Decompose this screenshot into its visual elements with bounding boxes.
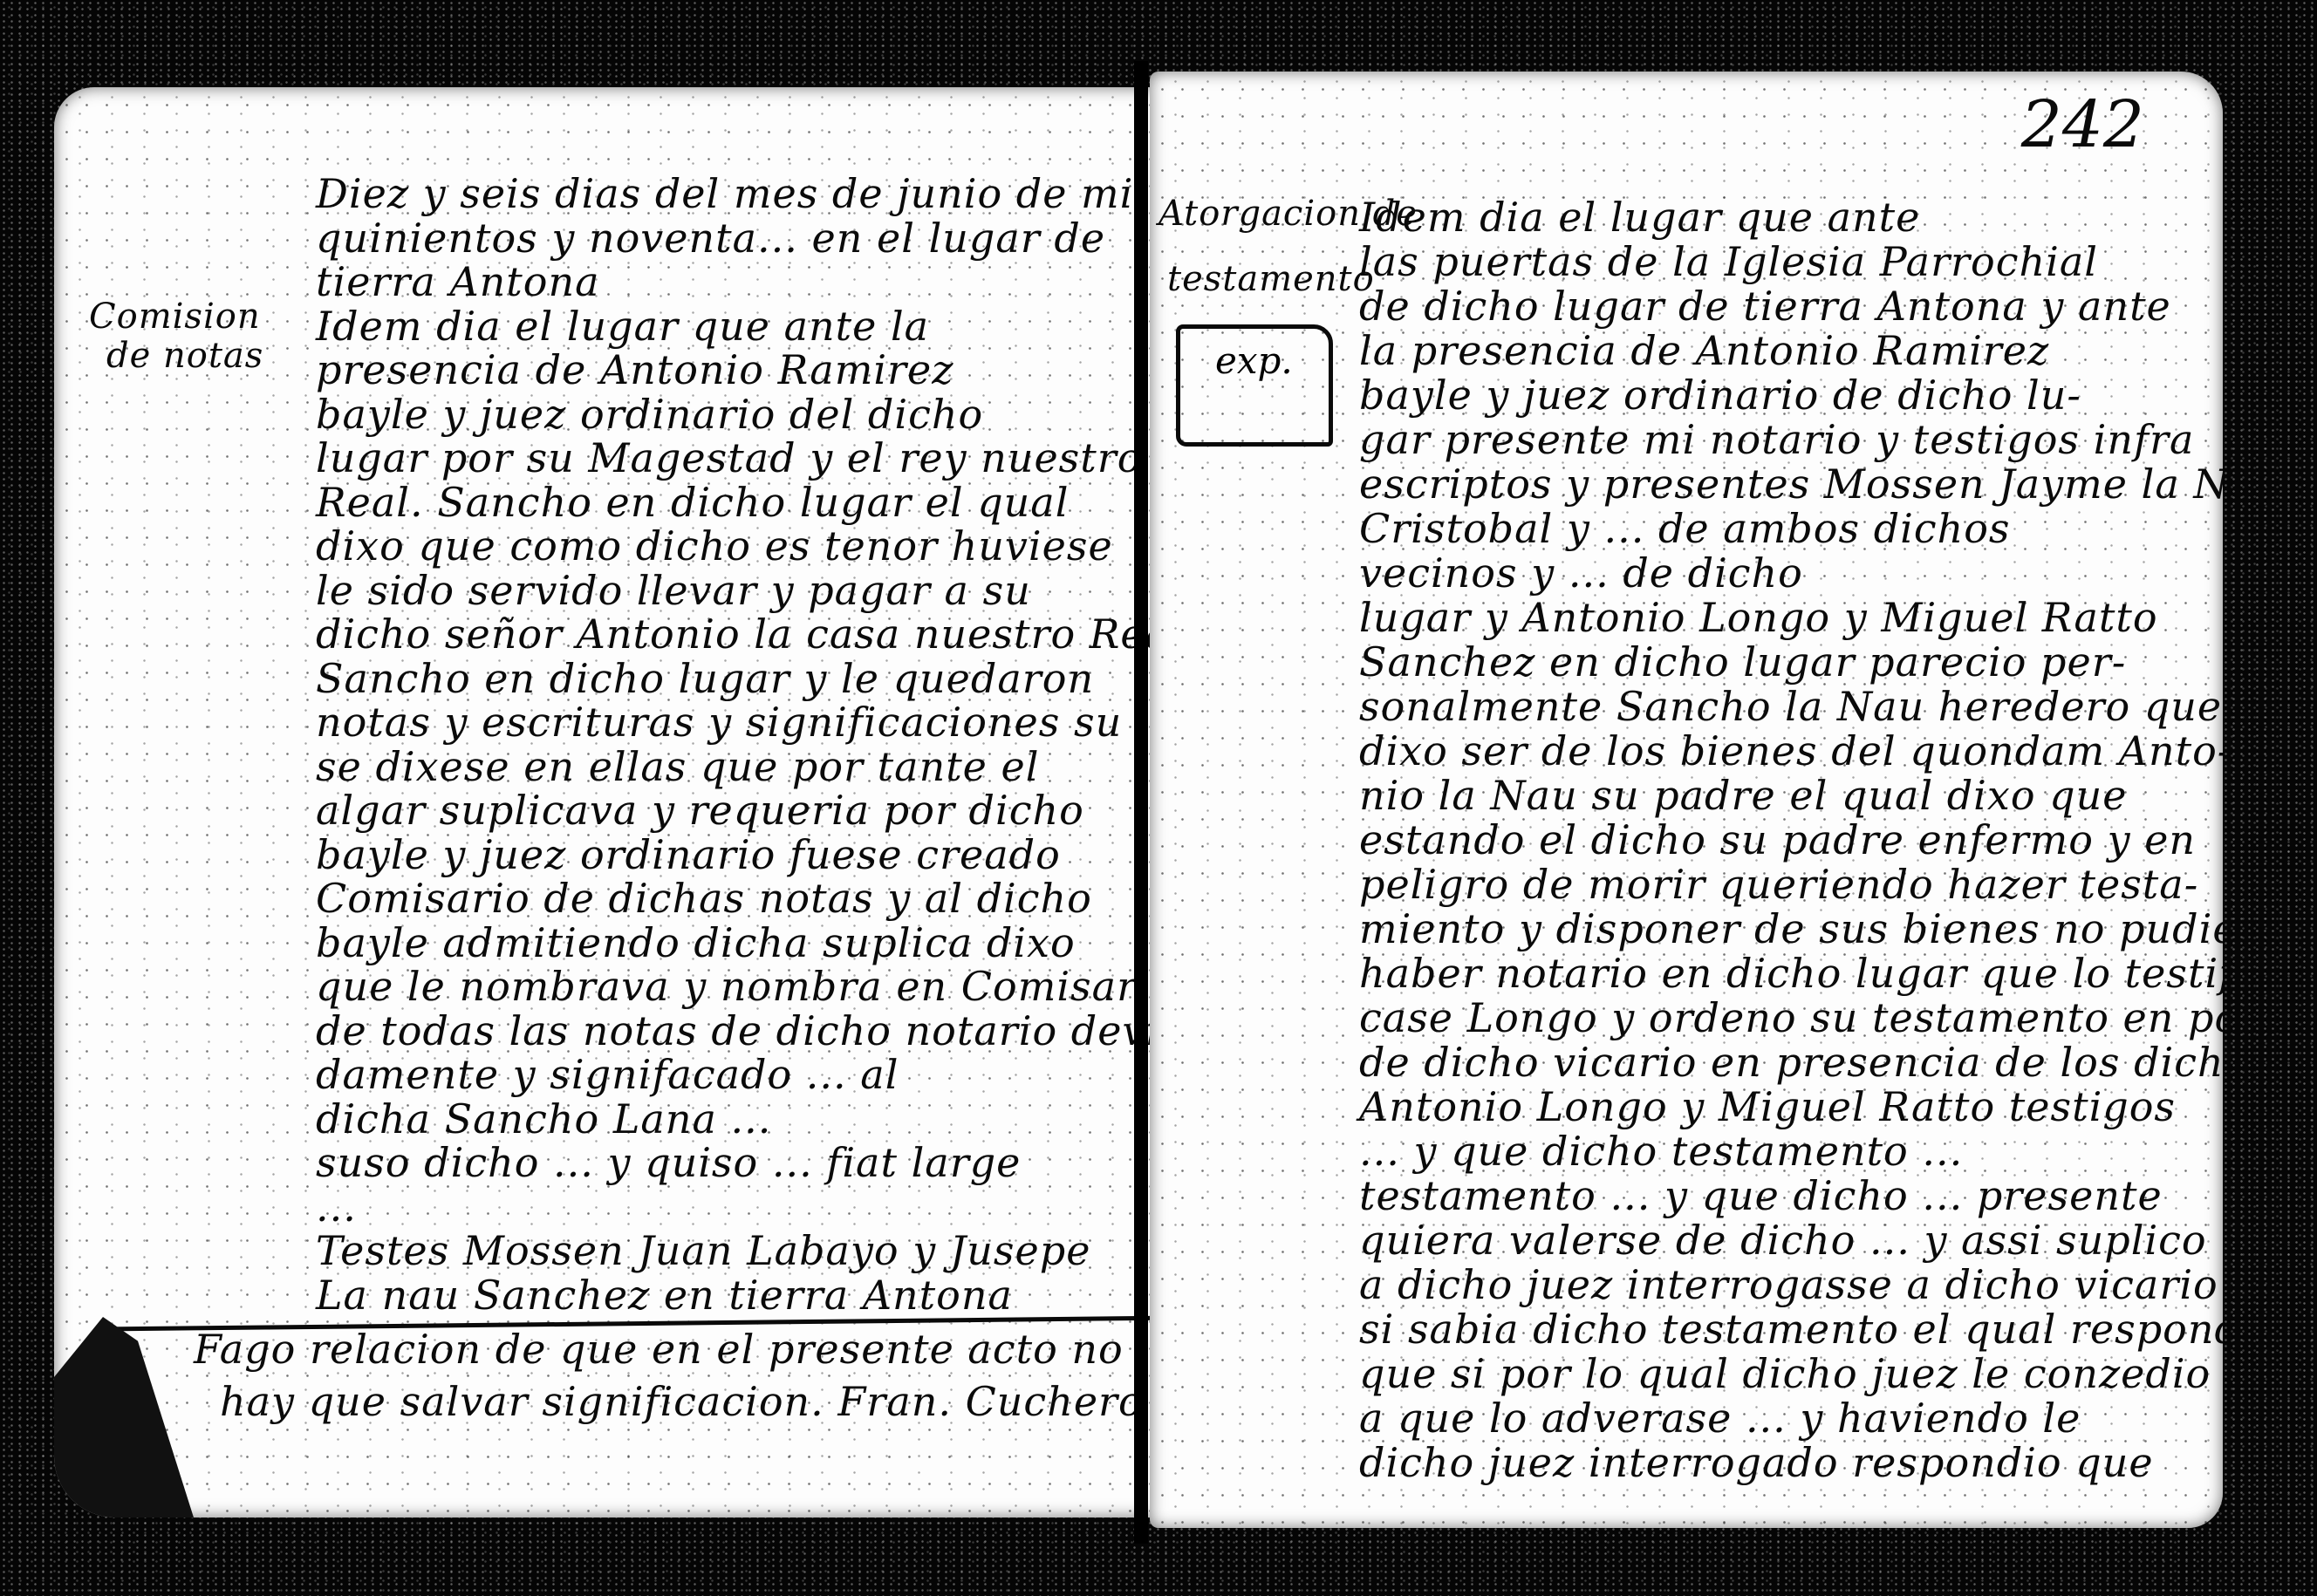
- dark-stain: [54, 1317, 194, 1518]
- manuscript-line: bayle y juez ordinario fuese creado: [316, 831, 1061, 878]
- manuscript-line: bayle y juez ordinario de dicho lu-: [1359, 372, 2081, 419]
- manuscript-line: dicha Sancho Lana ...: [316, 1095, 771, 1142]
- manuscript-line: Sanchez en dicho lugar parecio per-: [1359, 638, 2126, 685]
- manuscript-line: escriptos y presentes Mossen Jayme la Na…: [1359, 460, 2223, 508]
- manuscript-line: Idem dia el lugar que ante la: [316, 303, 929, 350]
- manuscript-line: damente y signifacado ... al: [316, 1051, 899, 1098]
- manuscript-line: tierra Antona: [316, 258, 600, 305]
- manuscript-line: a que lo adverase ... y haviendo le: [1359, 1395, 2081, 1442]
- manuscript-line: quinientos y noventa... en el lugar de: [316, 215, 1105, 262]
- manuscript-line: haber notario en dicho lugar que lo test…: [1359, 950, 2223, 997]
- cartouche-text: exp.: [1215, 339, 1293, 382]
- manuscript-line: Idem dia el lugar que ante: [1359, 194, 1920, 241]
- manuscript-line: a dicho juez interrogasse a dicho vicari…: [1359, 1261, 2223, 1308]
- manuscript-line: peligro de morir queriendo hazer testa-: [1359, 861, 2198, 908]
- manuscript-line: lugar y Antonio Longo y Miguel Ratto: [1359, 594, 2158, 641]
- manuscript-line: Sancho en dicho lugar y le quedaron: [316, 655, 1094, 702]
- manuscript-line: gar presente mi notario y testigos infra: [1359, 416, 2194, 463]
- manuscript-line: se dixese en ellas que por tante el: [316, 743, 1039, 790]
- manuscript-line: La nau Sanchez en tierra Antona: [316, 1272, 1013, 1319]
- manuscript-line: bayle y juez ordinario del dicho: [316, 391, 983, 438]
- right-page: 242 Atorgacion de testamento exp. Idem d…: [1150, 72, 2223, 1528]
- manuscript-line: la presencia de Antonio Ramirez: [1359, 327, 2049, 374]
- manuscript-line: Diez y seis dias del mes de junio de mil: [316, 170, 1147, 217]
- manuscript-line: que le nombrava y nombra en Comisario: [316, 963, 1175, 1010]
- manuscript-line: dixo que como dicho es tenor huviese: [316, 522, 1113, 570]
- manuscript-line: testamento ... y que dicho ... presente: [1359, 1172, 2163, 1219]
- manuscript-line: Cristobal y ... de ambos dichos: [1359, 505, 2011, 552]
- margin-note-line: de notas: [106, 336, 263, 376]
- manuscript-line: si sabia dicho testamento el qual respon…: [1359, 1306, 2223, 1353]
- manuscript-line: Comisario de dichas notas y al dicho: [316, 875, 1092, 922]
- marginal-scroll-cartouche: exp.: [1176, 324, 1333, 447]
- manuscript-line: lugar por su Magestad y el rey nuestro: [316, 434, 1142, 481]
- manuscript-line: quiera valerse de dicho ... y assi supli…: [1359, 1217, 2207, 1264]
- manuscript-line: le sido servido llevar y pagar a su: [316, 567, 1031, 614]
- manuscript-line: ... y que dicho testamento ...: [1359, 1128, 1963, 1175]
- manuscript-line: bayle admitiendo dicha suplica dixo: [316, 919, 1076, 966]
- manuscript-line: algar suplicava y requeria por dicho: [316, 787, 1084, 834]
- manuscript-line: vecinos y ... de dicho: [1359, 549, 1803, 597]
- manuscript-line: suso dicho ... y quiso ... fiat large: [316, 1139, 1021, 1186]
- manuscript-line: Real. Sancho en dicho lugar el qual: [316, 479, 1069, 526]
- manuscript-line: de dicho vicario en presencia de los dic…: [1359, 1039, 2223, 1086]
- margin-note-line: testamento: [1167, 259, 1375, 299]
- manuscript-line: sonalmente Sancho la Nau heredero que: [1359, 683, 2222, 730]
- manuscript-line: Testes Mossen Juan Labayo y Jusepe: [316, 1227, 1090, 1274]
- manuscript-line: las puertas de la Iglesia Parrochial: [1359, 238, 2098, 285]
- manuscript-line: nio la Nau su padre el qual dixo que: [1359, 772, 2127, 819]
- manuscript-line: ...: [316, 1183, 357, 1231]
- manuscript-line: presencia de Antonio Ramirez: [316, 346, 954, 393]
- footer-note-line: hay que salvar significacion. Fran. Cuch…: [220, 1378, 1188, 1425]
- manuscript-line: estando el dicho su padre enfermo y en: [1359, 816, 2196, 863]
- book-gutter: [1134, 61, 1148, 1544]
- manuscript-line: que si por lo qual dicho juez le conzedi…: [1359, 1350, 2211, 1397]
- folio-number: 242: [2021, 87, 2144, 162]
- manuscript-line: de todas las notas de dicho notario devi…: [316, 1007, 1174, 1054]
- manuscript-line: case Longo y ordeno su testamento en pod…: [1359, 994, 2223, 1041]
- left-page: Comision de notas Diez y seis dias del m…: [54, 87, 1188, 1518]
- margin-note-line: Comision: [89, 297, 261, 337]
- manuscript-line: dicho juez interrogado respondio que: [1359, 1439, 2154, 1486]
- manuscript-line: miento y disponer de sus bienes no pudie…: [1359, 905, 2223, 952]
- manuscript-line: dixo ser de los bienes del quondam Anto-: [1359, 727, 2223, 774]
- manuscript-line: de dicho lugar de tierra Antona y ante: [1359, 283, 2171, 330]
- manuscript-line: notas y escrituras y significaciones su: [316, 699, 1122, 746]
- footer-note-line: Fago relacion de que en el presente acto…: [194, 1326, 1124, 1373]
- manuscript-line: dicho señor Antonio la casa nuestro Real: [316, 610, 1184, 658]
- manuscript-line: Antonio Longo y Miguel Ratto testigos: [1359, 1083, 2176, 1130]
